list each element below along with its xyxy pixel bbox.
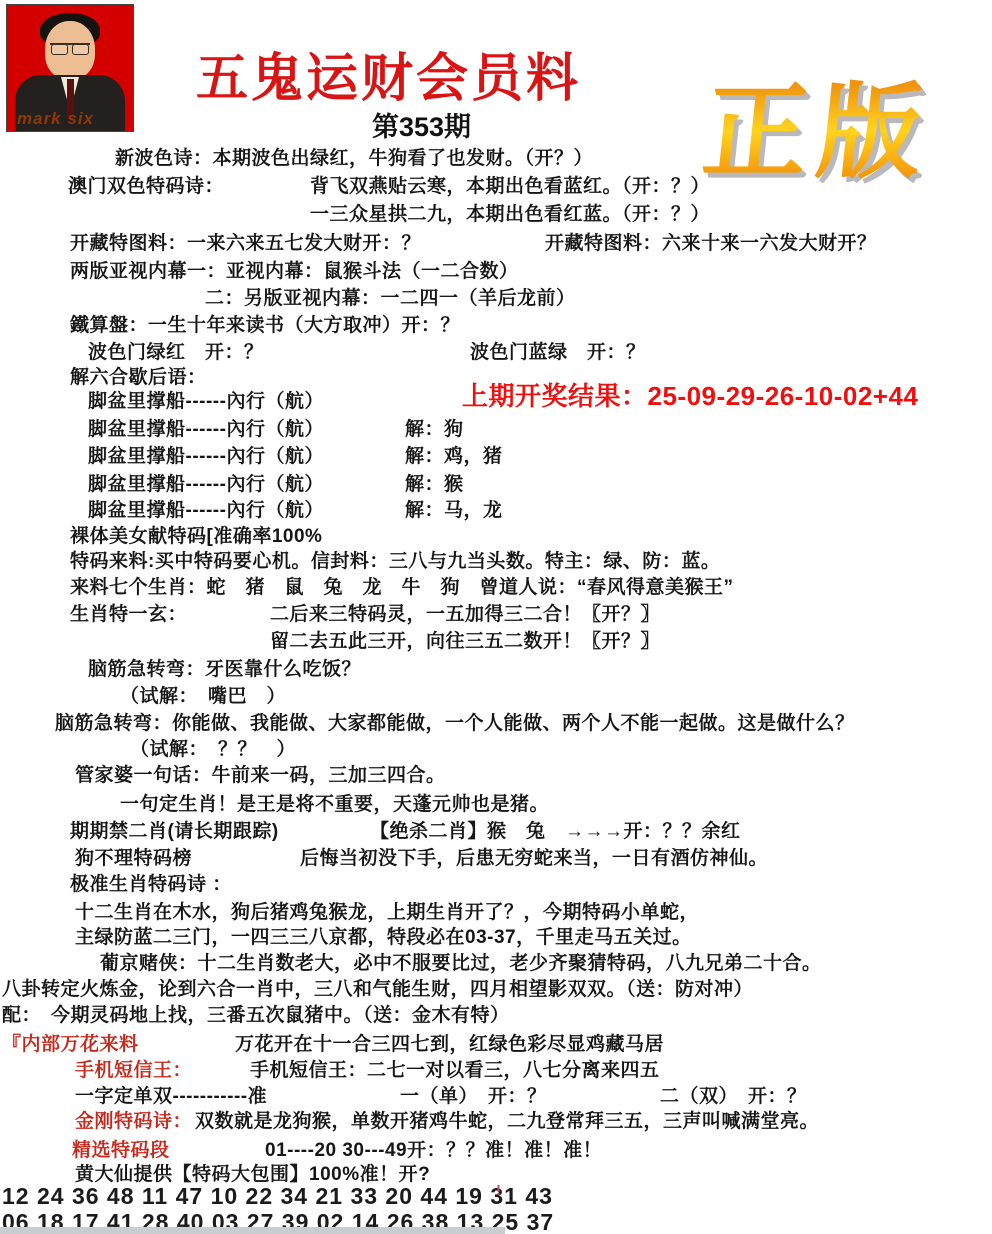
line-yiju-ding: 一句定生肖！是王是将不重要，天蓬元帅也是猪。 [120, 789, 549, 816]
line-jingang-label: 金刚特码诗： [75, 1106, 192, 1133]
line-xin-bose-shi: 新波色诗：本期波色出绿红，牛狗看了也发财。（开？） [115, 143, 593, 170]
previous-result: 上期开奖结果：25-09-29-26-10-02+44 [462, 376, 918, 413]
line-luoti: 裸体美女献特码[准确率100% [70, 521, 322, 548]
line-naojin-2: 脑筋急转弯：你能做、我能做、大家都能做，一个人能做、两个人不能一起做。这是做什么… [55, 708, 855, 735]
watermark-front: 正版 [698, 75, 938, 191]
line-bagua: 八卦转定火炼金，论到六合一肖中，三八和气能生财，四月相望影双双。（送：防对冲） [2, 974, 753, 1001]
line-aomen-2: 一三众星拱二九，本期出色看红蓝。（开：？） [310, 199, 710, 226]
line-huangdaxian: 黄大仙提供【特码大包围】100%准！开? [75, 1159, 430, 1186]
line-qiqi-right: 【绝杀二肖】猴 兔 →→→开：？？余红 [370, 816, 741, 843]
line-xiehouyu-3: 脚盆里撑船------內行（航） [88, 441, 324, 468]
line-kaicang-right: 开藏特图料：六来十来一六发大财开？ [545, 228, 877, 255]
line-bosemen-left: 波色门绿红 开：？ [88, 337, 264, 364]
line-qige-shengxiao: 来料七个生肖：蛇 猪 鼠 兔 龙 牛 狗 曾道人说：“春风得意美猴王” [70, 572, 734, 599]
line-neibu-label: 『内部万花来料 [2, 1029, 139, 1056]
line-tiesuanpan: 鐵算盤：一生十年来读书（大方取冲）开：？ [70, 310, 460, 337]
portrait-photo: mark six [6, 4, 134, 132]
line-jie-3: 解：猴 [405, 469, 464, 496]
numbers-row-1-mark: ! [496, 1182, 501, 1199]
line-xiehouyu-2: 脚盆里撑船------內行（航） [88, 414, 324, 441]
line-shengxiao-2: 留二去五此三开，向往三五二数开！〖开？〗 [270, 626, 660, 653]
numbers-row-1: 12 24 36 48 11 47 10 22 34 21 33 20 44 1… [2, 1183, 553, 1210]
line-jingxuan-label: 精选特码段 [72, 1135, 170, 1162]
line-goubuli-label: 狗不理特码榜 [75, 843, 192, 870]
line-jie-1: 解：狗 [405, 414, 464, 441]
lottery-tip-sheet: mark six 五鬼运财会员料 第353期 正版 正版 新波色诗：本期波色出绿… [0, 0, 992, 1234]
issue-number: 第353期 [372, 105, 471, 144]
line-kaicang-left: 开藏特图料：一来六来五七发大财开：？ [70, 228, 421, 255]
line-aomen-1: 背飞双燕贴云寒，本期出色看蓝红。（开：？） [310, 171, 710, 198]
line-xiehouyu-5: 脚盆里撑船------內行（航） [88, 495, 324, 522]
line-jie-4: 解：马，龙 [405, 495, 503, 522]
line-guanjiapo: 管家婆一句话：牛前来一码，三加三四合。 [75, 760, 446, 787]
bottom-scan-strip [0, 1227, 505, 1234]
line-yashi-1: 两版亚视内幕一：亚视内幕：鼠猴斗法（一二合数） [70, 256, 519, 283]
line-tema-laoliao: 特码来料:买中特码要心机。信封料：三八与九当头数。特主：绿、防：蓝。 [70, 546, 720, 573]
line-shouji-text: 手机短信王：二七一对以看三，八七分离来四五 [250, 1055, 660, 1082]
photo-caption: mark six [17, 109, 94, 129]
line-shengxiao-label: 生肖特一玄： [70, 599, 187, 626]
line-qiqi-label: 期期禁二肖(请长期跟踪) [70, 816, 279, 843]
line-shengxiao-1: 二后来三特码灵，一五加得三二合！〖开？〗 [270, 599, 660, 626]
page-title: 五鬼运财会员料 [196, 36, 636, 111]
line-jie-liuhe-title: 解六合歇后语： [70, 362, 207, 389]
line-shi-1: 十二生肖在木水，狗后猪鸡兔猴龙，上期生肖开了？，今期特码小单蛇， [75, 897, 699, 924]
line-pei: 配： 今期灵码地上找，三番五次鼠猪中。（送：金木有特） [2, 1000, 510, 1027]
line-jingang-text: 双数就是龙狗猴，单数开猪鸡牛蛇，二九登常拜三五，三声叫喊满堂亮。 [195, 1106, 819, 1133]
line-pujing: 葡京赌侠：十二生肖数老大，必中不服要比过，老少齐聚猜特码，八九兄弟二十合。 [100, 948, 822, 975]
line-naojin-1: 脑筋急转弯：牙医靠什么吃饭？ [88, 654, 361, 681]
line-xiehouyu-4: 脚盆里撑船------內行（航） [88, 469, 324, 496]
line-jie-2: 解：鸡，猪 [405, 441, 503, 468]
edition-watermark: 正版 正版 [697, 48, 941, 198]
line-jingxuan-text: 01----20 30---49开：？？准！准！准！ [265, 1135, 602, 1162]
line-shi-2: 主绿防蓝二三门，一四三三八京都，特段必在03-37，千里走马五关过。 [75, 922, 692, 949]
line-shijie-2: （试解： ？？ ） [130, 734, 296, 761]
line-yizi: 一字定单双-----------准 [75, 1081, 267, 1108]
line-goubuli-text: 后悔当初没下手，后患无穷蛇来当，一日有酒仿神仙。 [300, 843, 768, 870]
line-shijie-1: （试解： 嘴巴 ） [120, 681, 286, 708]
line-yashi-2: 二：另版亚视内幕：一二四一（羊后龙前） [205, 283, 576, 310]
line-xiehouyu-1: 脚盆里撑船------內行（航） [88, 386, 324, 413]
line-bosemen-right: 波色门蓝绿 开：？ [470, 337, 646, 364]
line-yizi-dan: 一（单） 开：？ [400, 1081, 547, 1108]
line-yizi-shuang: 二（双） 开：？ [660, 1081, 807, 1108]
glasses-icon [50, 43, 90, 55]
line-jizhun-title: 极准生肖特码诗 ： [70, 869, 232, 896]
line-aomen-label: 澳门双色特码诗： [68, 171, 224, 198]
line-neibu-text: 万花开在十一合三四七到，红绿色彩尽显鸡藏马居 [235, 1029, 664, 1056]
line-shouji-label: 手机短信王： [75, 1055, 192, 1082]
